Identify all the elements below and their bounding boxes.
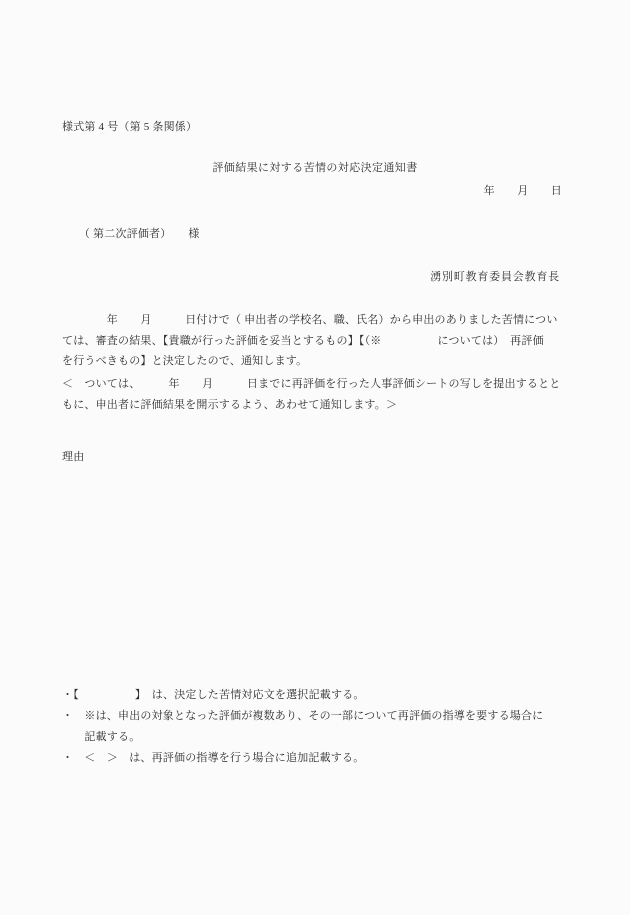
supplement-paragraph-line: もに、申出者に評価結果を開示するよう、あわせて通知します。＞ [62, 395, 567, 416]
decision-paragraph: 年 月 日付けで（ 申出者の学校名、職、氏名）から申出のありました苦情につい て… [62, 310, 567, 372]
supplement-paragraph-line: ＜ ついては、 年 月 日までに再評価を行った人事評価シートの写しを提出するとと [62, 374, 567, 395]
decision-paragraph-line: ては、審査の結果、【貴職が行った評価を妥当とするもの】【（※ については） 再評… [62, 331, 567, 352]
sender-line: 湧別町教育委員会教育長 [430, 267, 560, 288]
date-line: 年 月 日 [484, 181, 562, 202]
decision-paragraph-line: 年 月 日付けで（ 申出者の学校名、職、氏名）から申出のありました苦情につい [62, 310, 567, 331]
note-item: ・【 】 は、決定した苦情対応文を選択記載する。 [62, 685, 572, 706]
reason-label: 理由 [62, 447, 84, 468]
notes-list: ・【 】 は、決定した苦情対応文を選択記載する。 ・ ※は、申出の対象となった評… [62, 685, 572, 769]
note-item-continuation: 記載する。 [62, 727, 572, 748]
document-page: 様式第 4 号（第 5 条関係） 評価結果に対する苦情の対応決定通知書 年 月 … [0, 0, 630, 915]
decision-paragraph-line: を行うべきもの】と決定したので、通知します。 [62, 351, 567, 372]
addressee-line: （ 第二次評価者） 様 [62, 224, 200, 245]
note-item: ・ ※は、申出の対象となった評価が複数あり、その一部について再評価の指導を要する… [62, 706, 572, 727]
note-item: ・ ＜ ＞ は、再評価の指導を行う場合に追加記載する。 [62, 748, 572, 769]
document-title: 評価結果に対する苦情の対応決定通知書 [0, 158, 630, 179]
supplement-paragraph: ＜ ついては、 年 月 日までに再評価を行った人事評価シートの写しを提出するとと… [62, 374, 567, 415]
form-number: 様式第 4 号（第 5 条関係） [62, 117, 197, 138]
